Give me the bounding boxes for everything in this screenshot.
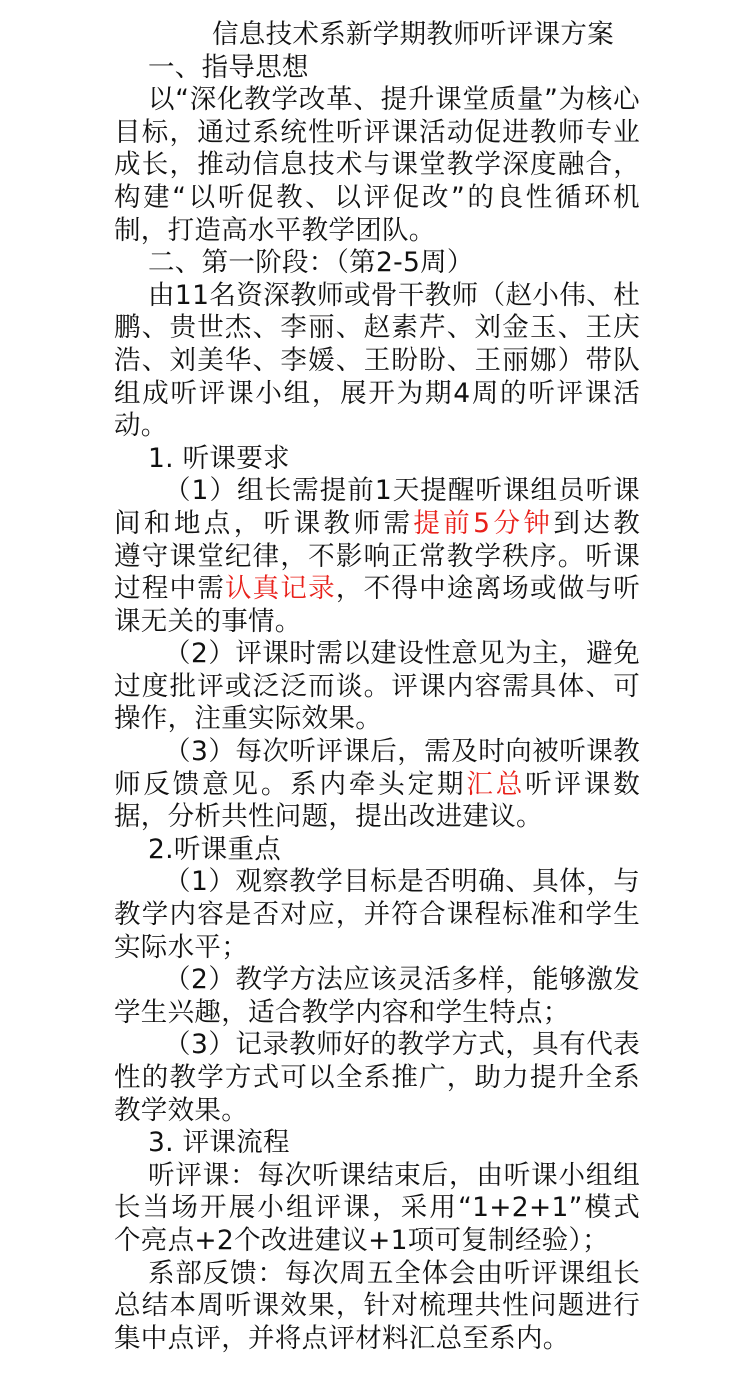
text-segment: 以“深化教学改革、提升课堂质量”为核心 [148, 84, 640, 115]
text-segment: 3. 评课流程 [148, 1127, 290, 1158]
text-segment: （1）组长需提前1天提醒听课组员听课时 [164, 475, 640, 508]
text-segment: 系部反馈：每次周五全体会由听评课组长 [148, 1258, 640, 1289]
text-segment: 构建“以听促教、以评促改”的良性循环机 [114, 182, 640, 213]
text-segment: 间和地点，听课教师需 [114, 508, 413, 539]
text-segment: （3）每次听评课后，需及时向被听课教 [164, 736, 640, 767]
document-line: 由11名资深教师或骨干教师（赵小伟、杜 [114, 280, 640, 313]
document-line: 课无关的事情。 [114, 606, 640, 639]
document-line: 间和地点，听课教师需提前5分钟到达教室， [114, 508, 640, 541]
text-segment: 动。 [114, 410, 168, 441]
text-segment: 听评课数 [525, 769, 640, 800]
text-segment: 学生兴趣，适合教学内容和学生特点； [114, 997, 570, 1028]
highlighted-text: 汇总 [466, 769, 525, 800]
document-line: 总结本周听课效果，针对梳理共性问题进行 [114, 1290, 640, 1323]
document-line: 鹏、贵世杰、李丽、赵素芹、刘金玉、王庆 [114, 312, 640, 345]
document-page: 信息技术系新学期教师听评课方案一、指导思想以“深化教学改革、提升课堂质量”为核心… [114, 19, 640, 1355]
document-line: 个亮点+2个改进建议+1项可复制经验）； [114, 1225, 640, 1258]
document-line: 过度批评或泛泛而谈。评课内容需具体、可 [114, 671, 640, 704]
document-line: （3）记录教师好的教学方式，具有代表 [114, 1029, 640, 1062]
text-segment: 2.听课重点 [148, 834, 281, 865]
document-line: 动。 [114, 410, 640, 443]
document-line: 操作，注重实际效果。 [114, 703, 640, 736]
text-segment: 由11名资深教师或骨干教师（赵小伟、杜 [148, 280, 640, 311]
text-segment: 成长，推动信息技术与课堂教学深度融合， [114, 149, 640, 180]
document-line: 构建“以听促教、以评促改”的良性循环机 [114, 182, 640, 215]
text-segment: 个亮点+2个改进建议+1项可复制经验）； [114, 1225, 609, 1256]
document-line: 集中点评，并将点评材料汇总至系内。 [114, 1323, 640, 1356]
text-segment: 教学内容是否对应，并符合课程标准和学生 [114, 899, 640, 930]
text-segment: 教学效果。 [114, 1095, 248, 1126]
text-segment: 操作，注重实际效果。 [114, 703, 382, 734]
document-line: 一、指导思想 [114, 52, 640, 85]
text-segment: 一、指导思想 [148, 52, 309, 83]
text-segment: （3）记录教师好的教学方式，具有代表 [164, 1029, 640, 1060]
document-line: 过程中需认真记录，不得中途离场或做与听 [114, 573, 640, 606]
text-segment: 浩、刘美华、李媛、王盼盼、王丽娜）带队 [114, 345, 640, 376]
document-line: 听评课：每次听课结束后，由听课小组组 [114, 1160, 640, 1193]
text-segment: ，不得中途离场或做与听 [336, 573, 640, 604]
text-segment: 总结本周听课效果，针对梳理共性问题进行 [114, 1290, 640, 1321]
text-segment: 性的教学方式可以全系推广，助力提升全系 [114, 1062, 640, 1093]
highlighted-text: 提前5分钟 [413, 508, 553, 539]
document-line: （3）每次听评课后，需及时向被听课教 [114, 736, 640, 769]
document-line: 组成听评课小组，展开为期4周的听评课活 [114, 378, 640, 411]
text-segment: （2）教学方法应该灵活多样，能够激发 [164, 964, 640, 995]
document-line: （1）观察教学目标是否明确、具体，与 [114, 866, 640, 899]
document-line: 学生兴趣，适合教学内容和学生特点； [114, 997, 640, 1030]
text-segment: （2）评课时需以建设性意见为主，避免 [164, 638, 640, 669]
document-line: 遵守课堂纪律，不影响正常教学秩序。听课 [114, 541, 640, 574]
text-segment: 课无关的事情。 [114, 606, 302, 637]
document-line: 1. 听课要求 [114, 443, 640, 476]
document-line: 2.听课重点 [114, 834, 640, 867]
text-segment: 听评课：每次听课结束后，由听课小组组 [148, 1160, 640, 1191]
text-segment: 1. 听课要求 [148, 443, 290, 474]
document-line: 据，分析共性问题，提出改进建议。 [114, 801, 640, 834]
text-segment: 目标，通过系统性听评课活动促进教师专业 [114, 117, 640, 148]
document-line: 目标，通过系统性听评课活动促进教师专业 [114, 117, 640, 150]
text-segment: 制，打造高水平教学团队。 [114, 215, 436, 246]
document-title: 信息技术系新学期教师听评课方案 [114, 19, 640, 52]
text-segment: （1）观察教学目标是否明确、具体，与 [164, 866, 640, 897]
document-line: （2）教学方法应该灵活多样，能够激发 [114, 964, 640, 997]
document-line: 师反馈意见。系内牵头定期汇总听评课数 [114, 769, 640, 802]
text-segment: 长当场开展小组评课，采用“1+2+1”模式（1 [114, 1192, 640, 1225]
text-segment: 信息技术系新学期教师听评课方案 [212, 19, 614, 50]
document-line: 长当场开展小组评课，采用“1+2+1”模式（1 [114, 1192, 640, 1225]
document-line: 浩、刘美华、李媛、王盼盼、王丽娜）带队 [114, 345, 640, 378]
text-segment: 集中点评，并将点评材料汇总至系内。 [114, 1323, 570, 1354]
document-line: 性的教学方式可以全系推广，助力提升全系 [114, 1062, 640, 1095]
document-line: 二、第一阶段：（第2-5周） [114, 247, 640, 280]
text-segment: 组成听评课小组，展开为期4周的听评课活 [114, 378, 640, 409]
text-segment: 据，分析共性问题，提出改进建议。 [114, 801, 543, 832]
text-segment: 遵守课堂纪律，不影响正常教学秩序。听课 [114, 541, 640, 572]
text-segment: 鹏、贵世杰、李丽、赵素芹、刘金玉、王庆 [114, 312, 640, 343]
highlighted-text: 认真记录 [225, 573, 336, 604]
document-line: 制，打造高水平教学团队。 [114, 215, 640, 248]
document-line: 3. 评课流程 [114, 1127, 640, 1160]
text-segment: 过程中需 [114, 573, 225, 604]
document-line: 成长，推动信息技术与课堂教学深度融合， [114, 149, 640, 182]
text-segment: 二、第一阶段：（第2-5周） [148, 247, 474, 278]
document-line: 系部反馈：每次周五全体会由听评课组长 [114, 1258, 640, 1291]
document-line: 教学内容是否对应，并符合课程标准和学生 [114, 899, 640, 932]
text-segment: 师反馈意见。系内牵头定期 [114, 769, 466, 800]
document-line: （2）评课时需以建设性意见为主，避免 [114, 638, 640, 671]
document-line: 实际水平； [114, 932, 640, 965]
text-segment: 实际水平； [114, 932, 248, 963]
document-line: 以“深化教学改革、提升课堂质量”为核心 [114, 84, 640, 117]
text-segment: 过度批评或泛泛而谈。评课内容需具体、可 [114, 671, 640, 702]
document-line: （1）组长需提前1天提醒听课组员听课时 [114, 475, 640, 508]
document-line: 教学效果。 [114, 1095, 640, 1128]
